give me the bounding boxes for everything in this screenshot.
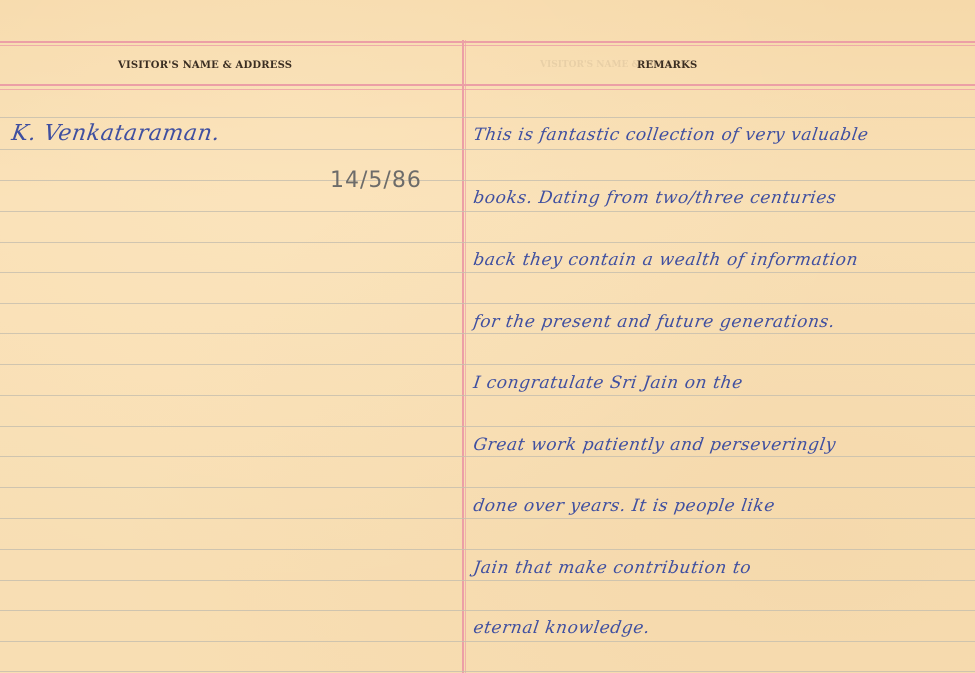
- ruled-line: [0, 242, 975, 243]
- header-top-rule-thin: [0, 45, 975, 46]
- column-divider: [462, 40, 464, 673]
- ruled-line: [0, 671, 975, 672]
- remarks-line: done over years. It is people like: [472, 496, 776, 516]
- ruled-line: [0, 610, 975, 611]
- ruled-line: [0, 518, 975, 519]
- ruled-line: [0, 117, 975, 118]
- remarks-line: back they contain a wealth of informatio…: [472, 250, 860, 270]
- visitor-name: K. Venkataraman.: [10, 121, 222, 146]
- ruled-line: [0, 549, 975, 550]
- ruled-line: [0, 364, 975, 365]
- ruled-line: [0, 333, 975, 334]
- remarks-line: eternal knowledge.: [472, 618, 651, 638]
- header-top-rule: [0, 41, 975, 43]
- entry-date: 14/5/86: [330, 168, 422, 193]
- ruled-line: [0, 426, 975, 427]
- ruled-line: [0, 180, 975, 181]
- column-divider-thin: [465, 40, 466, 673]
- ruled-line: [0, 211, 975, 212]
- ruled-line: [0, 456, 975, 457]
- remarks-line: Jain that make contribution to: [472, 558, 753, 578]
- column-header-visitor: VISITOR'S NAME & ADDRESS: [118, 60, 292, 71]
- ruled-line: [0, 395, 975, 396]
- register-page: VISITOR'S NAME & ADDRESS REMARKS VISITOR…: [0, 0, 975, 673]
- remarks-line: This is fantastic collection of very val…: [472, 125, 870, 145]
- remarks-line: books. Dating from two/three centuries: [472, 188, 838, 208]
- ruled-line: [0, 272, 975, 273]
- header-bottom-rule-thin: [0, 89, 975, 90]
- ruled-line: [0, 580, 975, 581]
- ruled-line: [0, 303, 975, 304]
- ruled-line: [0, 149, 975, 150]
- ruled-line: [0, 641, 975, 642]
- header-bottom-rule: [0, 84, 975, 86]
- bleed-through-print: VISITOR'S NAME & ADDRESS: [540, 60, 692, 70]
- ruled-line: [0, 487, 975, 488]
- remarks-line: I congratulate Sri Jain on the: [472, 373, 744, 393]
- remarks-line: Great work patiently and perseveringly: [472, 435, 837, 455]
- remarks-line: for the present and future generations.: [472, 312, 836, 332]
